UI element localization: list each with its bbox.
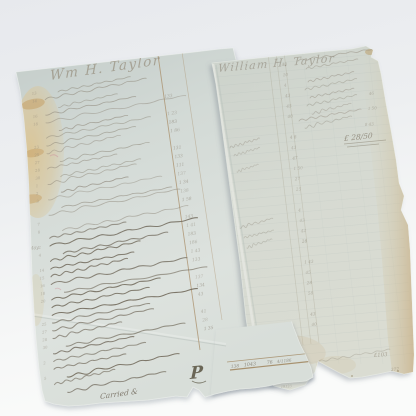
amount-value: 27 bbox=[294, 176, 301, 182]
amount-value: 28 bbox=[305, 280, 312, 286]
side-number: 8 43 bbox=[365, 121, 375, 127]
amount-value: 1 43 bbox=[304, 259, 314, 265]
amount-value: 58 bbox=[308, 290, 314, 295]
amount-value: 47 bbox=[291, 155, 298, 161]
amount-value: 45 bbox=[304, 270, 311, 276]
amount-value: 28 bbox=[201, 318, 208, 324]
amount-value: 40 bbox=[286, 114, 293, 120]
amount-value: 43 bbox=[290, 145, 297, 151]
ledger-photo-canvas: Wm H. Taylor 131416182325272830123782414… bbox=[0, 0, 416, 416]
amount-value: 10 bbox=[283, 72, 289, 77]
photo-antique-ledger-pages: Wm H. Taylor 131416182325272830123782414… bbox=[0, 0, 416, 416]
side-number: 46 bbox=[368, 91, 375, 97]
amount-value: 43 bbox=[309, 311, 316, 317]
amount-value: 45 bbox=[285, 103, 292, 109]
right-sheet-footer-amount: £103 bbox=[373, 352, 389, 359]
amount-value: 4 8 bbox=[289, 134, 297, 140]
side-number: 1 50 bbox=[368, 105, 378, 111]
sum-mark-p: P bbox=[189, 362, 205, 384]
amount-value: 40 bbox=[310, 322, 317, 328]
amount-value: 41 bbox=[200, 309, 207, 315]
amount-value: 28 bbox=[301, 238, 308, 244]
amount-value: 42 bbox=[299, 228, 306, 234]
amount-value: 48 bbox=[280, 62, 287, 68]
amount-value: 43 bbox=[197, 292, 204, 298]
amount-value: 43 bbox=[284, 93, 291, 99]
amount-value: 1 50 bbox=[293, 165, 303, 171]
amount-value: 43 bbox=[298, 218, 305, 224]
amount-value: 25 bbox=[295, 186, 302, 192]
